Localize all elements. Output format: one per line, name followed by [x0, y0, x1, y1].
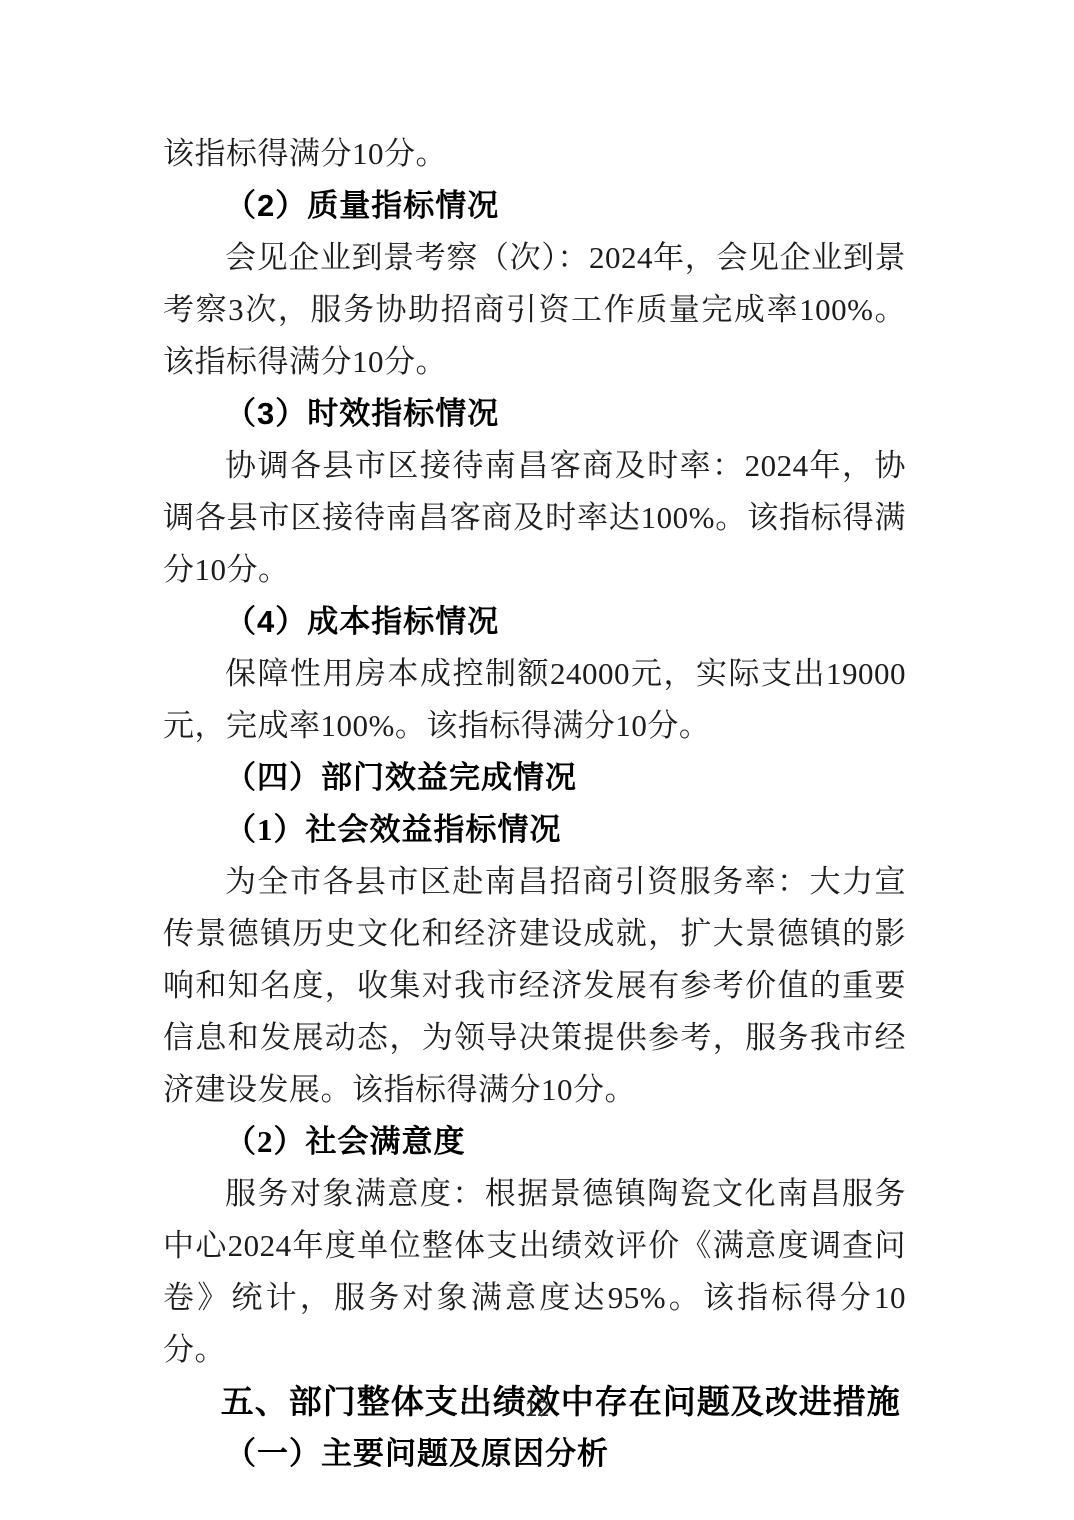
- paragraph-cost-indicators: 保障性用房本成控制额24000元，实际支出19000元，完成率100%。该指标得…: [163, 648, 906, 752]
- heading-social-benefit-indicators: （1）社会效益指标情况: [163, 804, 906, 856]
- paragraph-social-benefit-indicators: 为全市各县市区赴南昌招商引资服务率：大力宣传景德镇历史文化和经济建设成就，扩大景…: [163, 856, 906, 1116]
- heading-department-benefit: （四）部门效益完成情况: [163, 752, 906, 804]
- heading-social-satisfaction: （2）社会满意度: [163, 1116, 906, 1168]
- page-content: 该指标得满分10分。 （2）质量指标情况 会见企业到景考察（次）：2024年，会…: [163, 128, 906, 1480]
- page-number: 12: [0, 1396, 1074, 1422]
- document-page: 该指标得满分10分。 （2）质量指标情况 会见企业到景考察（次）：2024年，会…: [0, 0, 1074, 1520]
- heading-quality-indicators: （2）质量指标情况: [163, 180, 906, 232]
- heading-cost-indicators: （4）成本指标情况: [163, 596, 906, 648]
- paragraph-quality-indicators: 会见企业到景考察（次）：2024年，会见企业到景考察3次，服务协助招商引资工作质…: [163, 232, 906, 388]
- heading-timeliness-indicators: （3）时效指标情况: [163, 388, 906, 440]
- paragraph-score-continuation: 该指标得满分10分。: [163, 128, 906, 180]
- paragraph-social-satisfaction: 服务对象满意度：根据景德镇陶瓷文化南昌服务中心2024年度单位整体支出绩效评价《…: [163, 1168, 906, 1376]
- heading-main-problems-analysis: （一）主要问题及原因分析: [163, 1428, 906, 1480]
- paragraph-timeliness-indicators: 协调各县市区接待南昌客商及时率：2024年，协调各县市区接待南昌客商及时率达10…: [163, 440, 906, 596]
